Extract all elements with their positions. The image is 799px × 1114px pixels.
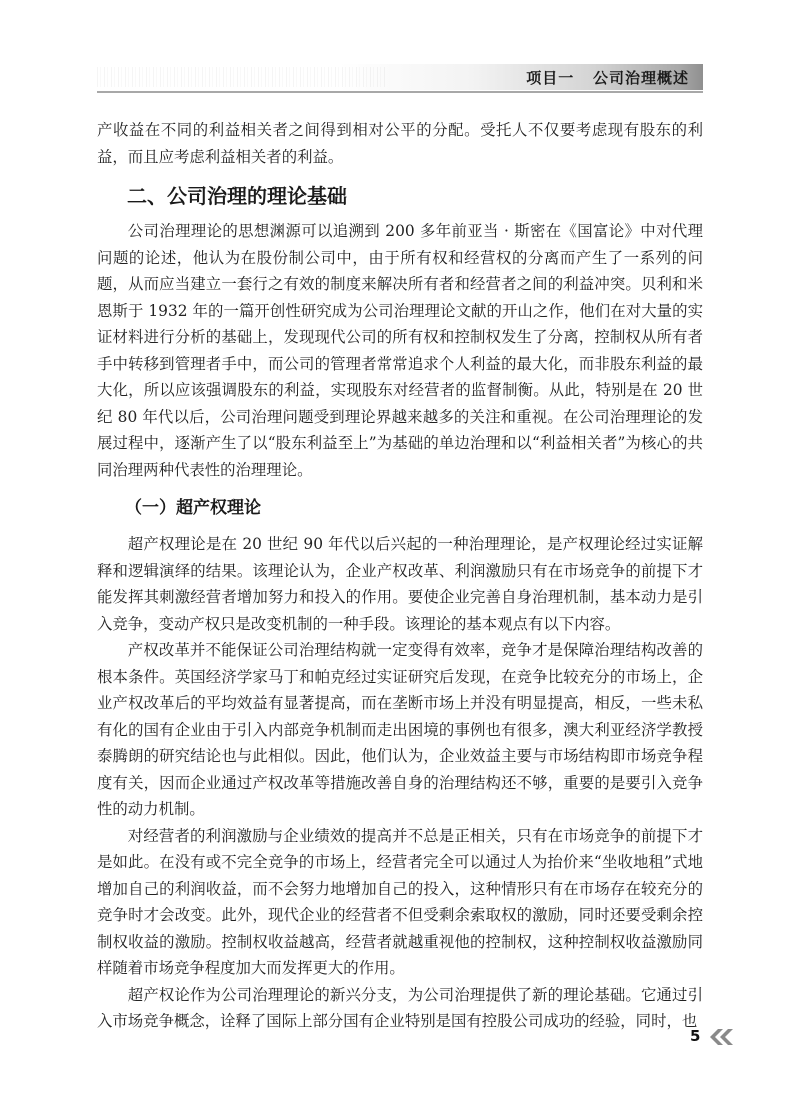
double-chevron-left-icon: [709, 1029, 735, 1045]
section-heading: 二、公司治理的理论基础: [127, 179, 703, 213]
running-header-title: 项目一 公司治理概述: [526, 67, 689, 88]
body-paragraph: 超产权理论是在 20 世纪 90 年代以后兴起的一种治理理论，是产权理论经过实证…: [97, 531, 703, 637]
page-number: 5: [690, 1027, 700, 1045]
intro-paragraph: 产收益在不同的利益相关者之间得到相对公平的分配。受托人不仅要考虑现有股东的利益，…: [97, 117, 703, 170]
section-paragraph: 公司治理理论的思想渊源可以追溯到 200 多年前亚当 · 斯密在《国富论》中对代…: [97, 218, 703, 483]
body-paragraph: 产权改革并不能保证公司治理结构就一定变得有效率，竞争才是保障治理结构改善的根本条…: [97, 637, 703, 823]
chapter-label: 项目一: [526, 69, 574, 87]
running-header-band: 项目一 公司治理概述: [97, 64, 703, 90]
body-paragraph: 超产权论作为公司治理理论的新兴分支，为公司治理提供了新的理论基础。它通过引入市场…: [97, 982, 703, 1035]
chapter-title: 公司治理概述: [593, 69, 689, 87]
body-paragraph: 对经营者的利润激励与企业绩效的提高并不总是正相关，只有在市场竞争的前提下才是如此…: [97, 823, 703, 982]
subsection-heading: （一）超产权理论: [125, 493, 703, 523]
header-divider: [97, 91, 703, 93]
page-body: 产收益在不同的利益相关者之间得到相对公平的分配。受托人不仅要考虑现有股东的利益，…: [97, 117, 703, 1035]
header-decorative-pattern: [97, 67, 387, 87]
